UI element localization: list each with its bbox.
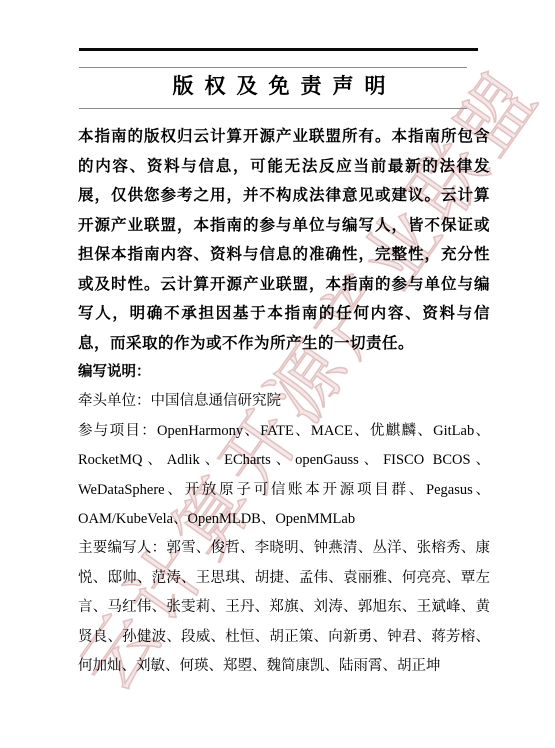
projects-label: 参与项目： — [78, 423, 157, 439]
lead-unit-label: 牵头单位： — [78, 393, 151, 409]
disclaimer-paragraph: 本指南的版权归云计算开源产业联盟所有。本指南所包含的内容、资料与信息，可能无法反… — [78, 122, 490, 358]
notes-heading: 编写说明： — [78, 358, 490, 387]
header-rule-thick — [79, 48, 478, 51]
page-content: 版权及免责声明 本指南的版权归云计算开源产业联盟所有。本指南所包含的内容、资料与… — [0, 0, 555, 748]
projects-line: 参与项目：OpenHarmony、FATE、MACE、优麒麟、GitLab、Ro… — [78, 417, 490, 535]
lead-unit-line: 牵头单位：中国信息通信研究院 — [78, 387, 490, 416]
lead-unit-value: 中国信息通信研究院 — [151, 393, 282, 409]
notes-section: 编写说明： 牵头单位：中国信息通信研究院 参与项目：OpenHarmony、FA… — [78, 358, 490, 681]
authors-value: 郭雪、俊哲、李晓明、钟燕清、丛洋、张榕秀、康悦、邸帅、范涛、王思琪、胡捷、孟伟、… — [78, 540, 490, 674]
page-title: 版权及免责声明 — [79, 70, 479, 100]
title-rule-bottom — [79, 108, 467, 109]
authors-label: 主要编写人： — [78, 540, 166, 556]
document-page: 云计算开源产业联盟 版权及免责声明 本指南的版权归云计算开源产业联盟所有。本指南… — [0, 0, 555, 748]
authors-line: 主要编写人：郭雪、俊哲、李晓明、钟燕清、丛洋、张榕秀、康悦、邸帅、范涛、王思琪、… — [78, 534, 490, 681]
title-rule-top — [79, 67, 467, 68]
